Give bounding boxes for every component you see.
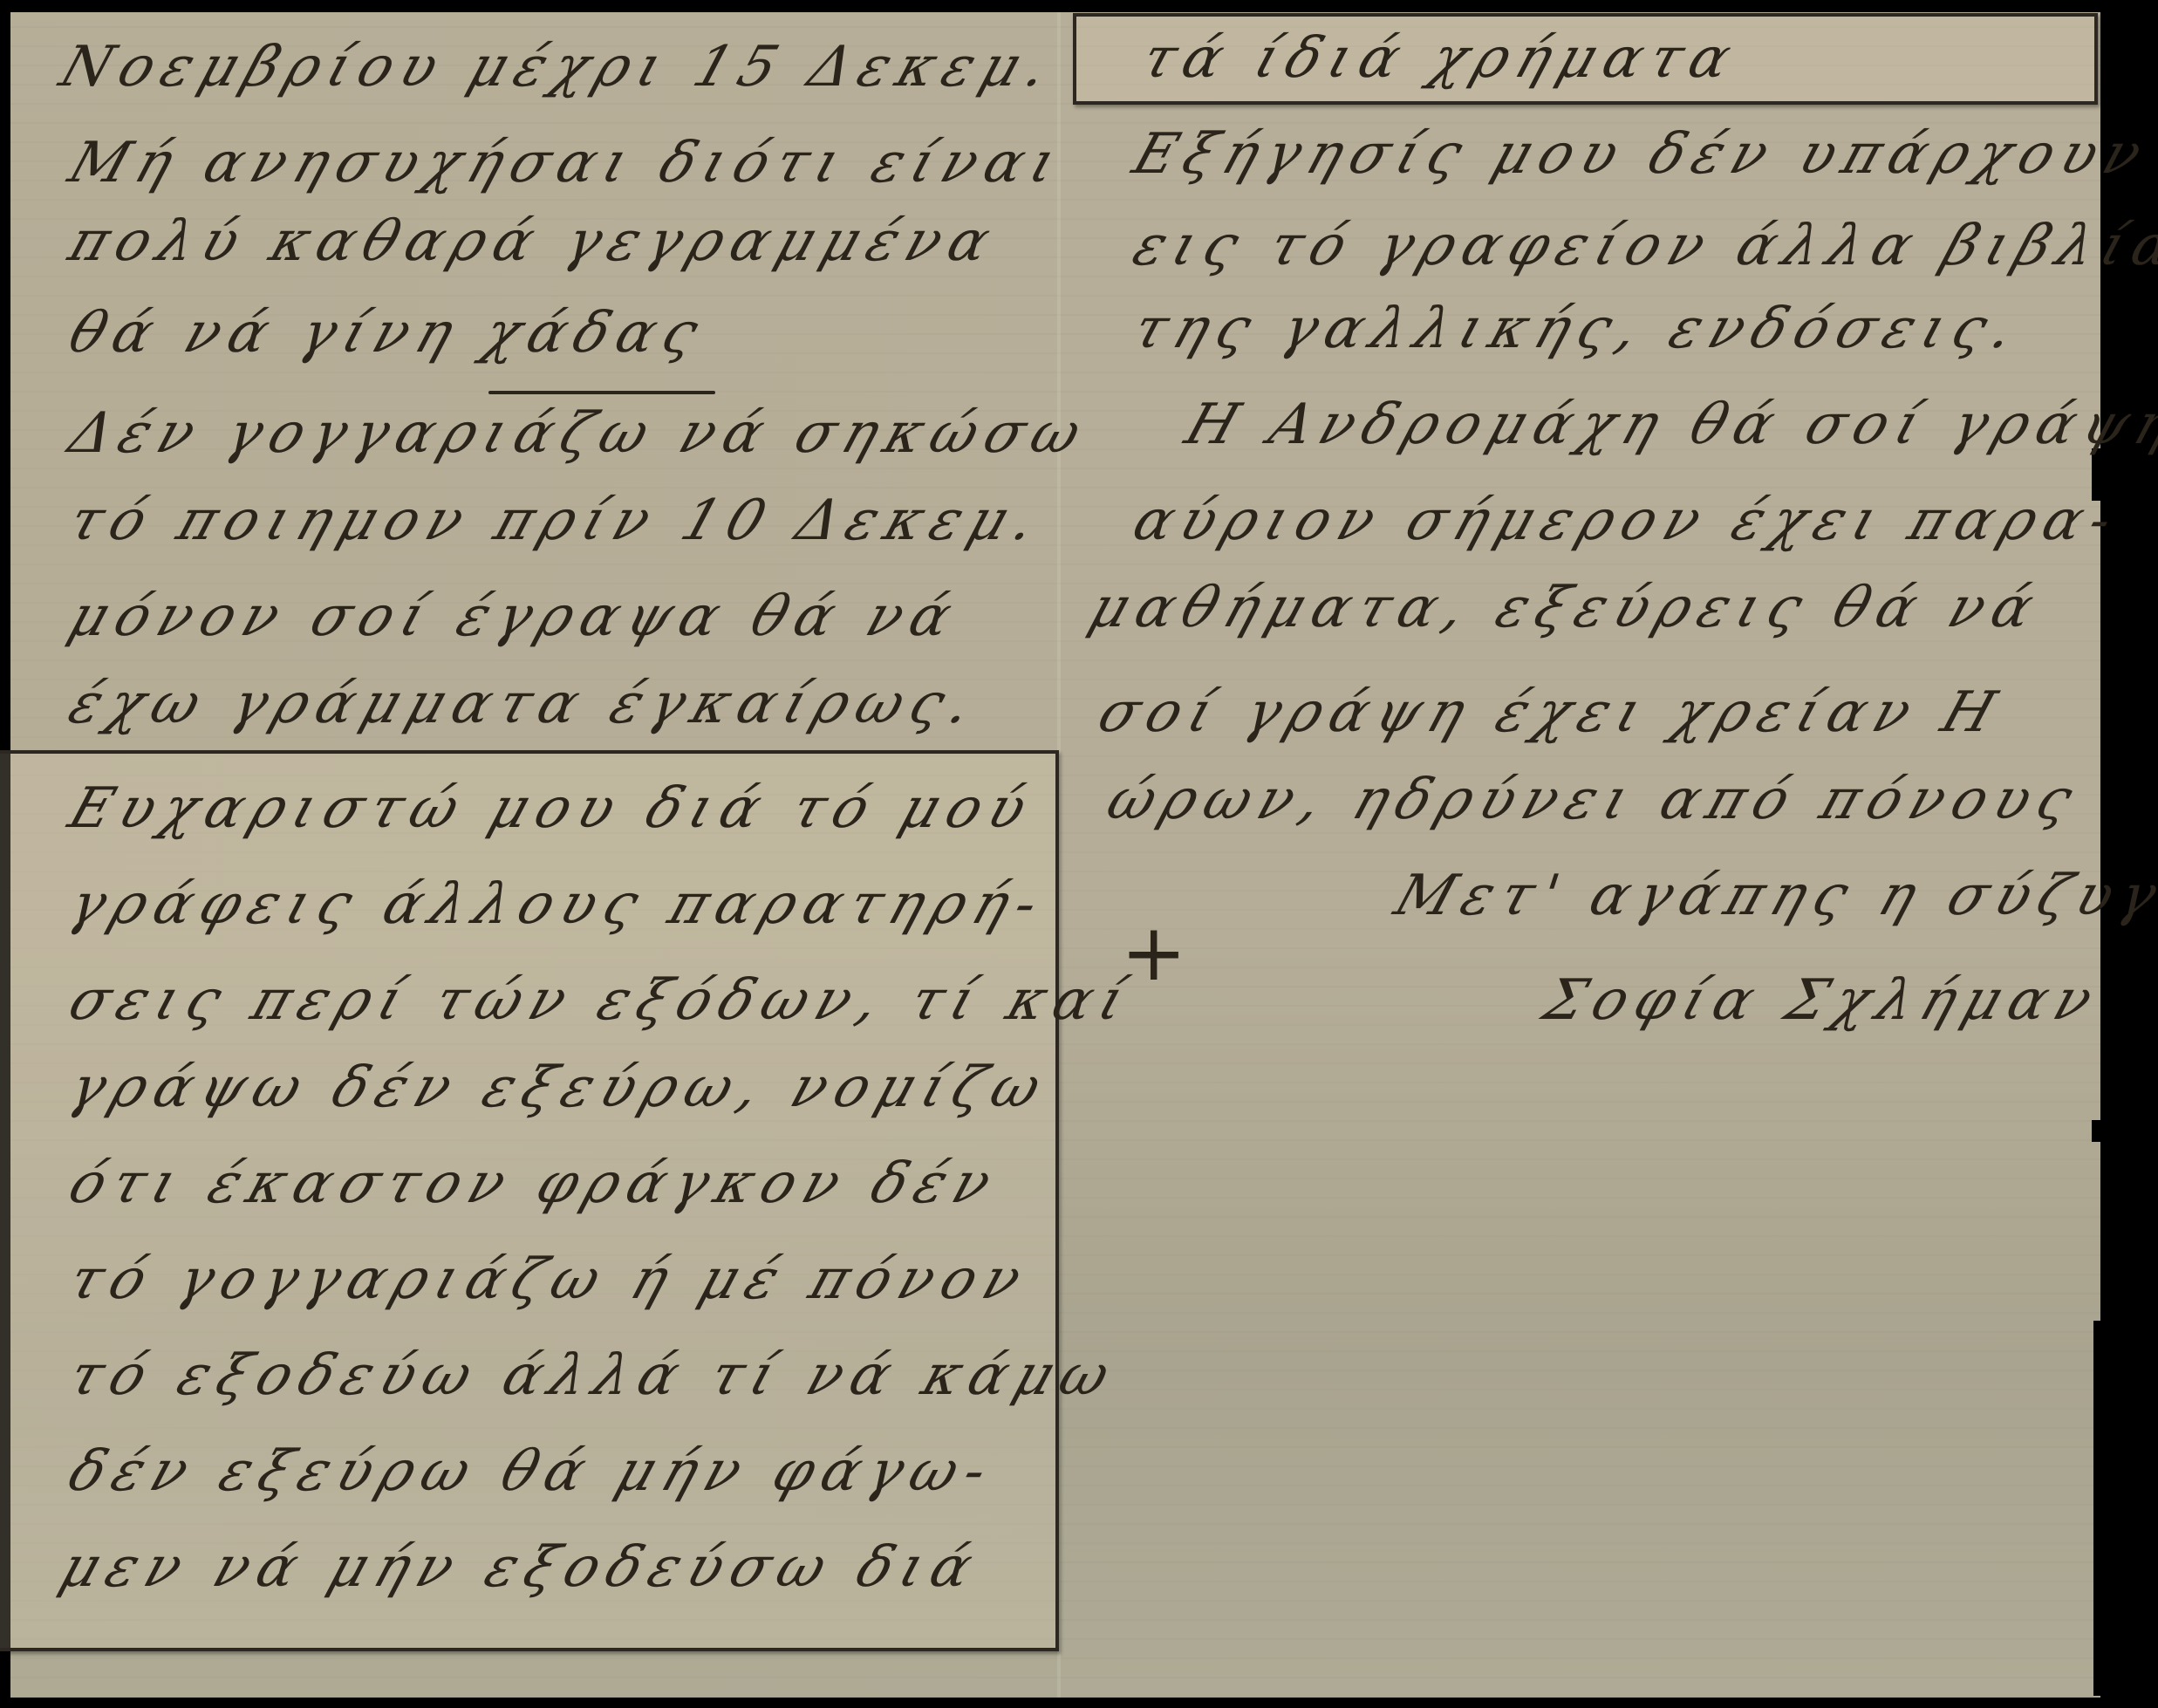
- left-line-2: Μή ανησυχήσαι διότι είναι: [61, 131, 1073, 195]
- right-line-5: αύριον σήμερον έχει παρα-: [1125, 488, 2129, 553]
- left-line-3: πολύ καθαρά γεγραμμένα: [61, 209, 1007, 274]
- underline-xadas: [488, 391, 715, 394]
- left-line-1: Νοεμβρίου μέχρι 15 Δεκεμ.: [52, 35, 1064, 99]
- right-line-3: της γαλλικής, ενδόσεις.: [1125, 297, 2031, 361]
- box-line-4: γράψω δέν εξεύρω, νομίζω: [61, 1056, 1057, 1120]
- right-line-1: Εξήγησίς μου δέν υπάρχουν: [1125, 122, 2158, 187]
- closing-line: Μετ' αγάπης η σύζυγος: [1387, 864, 2158, 928]
- right-line-4: Η Ανδρομάχη θά σοί γράψη: [1178, 393, 2158, 457]
- right-line-2: εις τό γραφείον άλλα βιβλία: [1125, 214, 2158, 278]
- box-line-7: τό εξοδεύω άλλά τί νά κάμω: [61, 1343, 1126, 1408]
- left-line-8: έχω γράμματα έγκαίρως.: [61, 672, 988, 736]
- left-line-6: τό ποιημον πρίν 10 Δεκεμ.: [61, 488, 1052, 553]
- box-line-8: δέν εξεύρω θά μήν φάγω-: [61, 1439, 1004, 1504]
- signature: Σοφία Σχλήμαν: [1535, 968, 2109, 1033]
- left-line-5: Δέν γογγαριάζω νά σηκώσω: [61, 401, 1097, 466]
- box-line-9: μεν νά μήν εξοδεύσω διά: [52, 1535, 989, 1600]
- torn-edge: [2093, 1321, 2104, 1696]
- box-line-2: γράφεις άλλους παρατηρή-: [61, 872, 1055, 937]
- box-line-1: Ευχαριστώ μου διά τό μού: [61, 776, 1043, 841]
- right-line-8: ώρων, ηδρύνει από πόνους: [1099, 768, 2089, 832]
- right-box-line-1: τά ίδιά χρήματα: [1134, 26, 1747, 91]
- box-line-5: ότι έκαστον φράγκον δέν: [61, 1151, 1007, 1216]
- right-line-7: σοί γράψη έχει χρείαν Η: [1090, 680, 2012, 745]
- torn-edge: [2092, 1120, 2107, 1142]
- right-line-6: μαθήματα, εξεύρεις θά νά: [1082, 576, 2050, 640]
- cross-mark: +: [1121, 907, 1186, 999]
- box-line-6: τό γογγαριάζω ή μέ πόνον: [61, 1247, 1038, 1312]
- left-line-7: μόνον σοί έγραψα θά νά: [61, 584, 968, 649]
- box-line-3: σεις περί τών εξόδων, τί καί: [61, 968, 1142, 1033]
- left-line-4: θά νά γίνη χάδας: [61, 301, 714, 366]
